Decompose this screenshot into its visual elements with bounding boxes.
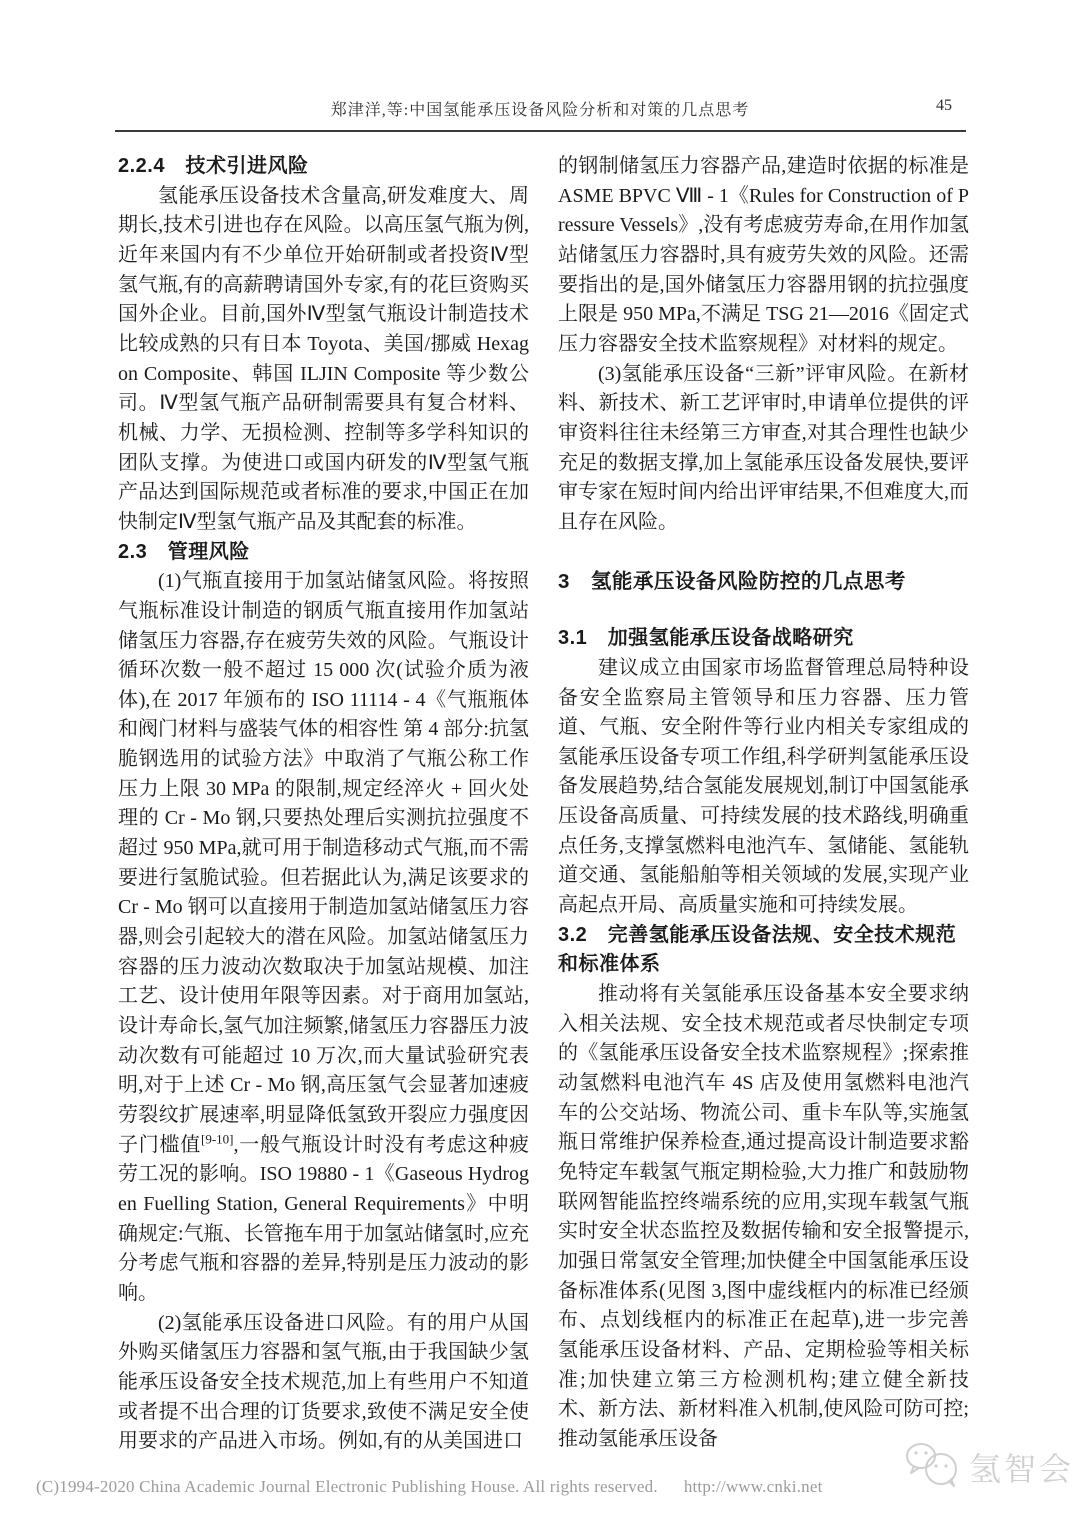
section-heading-2-2-4: 2.2.4 技术引进风险 (118, 152, 529, 182)
watermark-label: 氢智会 (969, 1444, 1074, 1490)
header-rule (115, 130, 966, 132)
body-paragraph: 建议成立由国家市场监督管理总局特种设备安全监察局主管领导和压力容器、压力管道、气… (558, 654, 969, 921)
journal-page: 郑津洋,等:中国氢能承压设备风险分析和对策的几点思考 45 2.2.4 技术引进… (0, 0, 1080, 1527)
section-heading-3: 3 氢能承压设备风险防控的几点思考 (558, 567, 969, 597)
cnki-url-text: http://www.cnki.net (684, 1477, 823, 1496)
running-head-title: 郑津洋,等:中国氢能承压设备风险分析和对策的几点思考 (115, 97, 965, 120)
watermark-logo: 氢智会 (903, 1441, 1074, 1492)
body-paragraph: 氢能承压设备技术含量高,研发难度大、周期长,技术引进也存在风险。以高压氢气瓶为例… (118, 182, 529, 538)
page-number: 45 (936, 97, 952, 115)
body-paragraph: (2)氢能承压设备进口风险。有的用户从国外购买储氢压力容器和氢气瓶,由于我国缺少… (118, 1309, 529, 1457)
body-paragraph: (3)氢能承压设备“三新”评审风险。在新材料、新技术、新工艺评审时,申请单位提供… (558, 360, 969, 538)
section-heading-3-1: 3.1 加强氢能承压设备战略研究 (558, 624, 969, 654)
chat-bubbles-logo-icon (903, 1441, 961, 1492)
citation-superscript: [9-10] (201, 1131, 234, 1146)
footer-copyright-line: (C)1994-2020 China Academic Journal Elec… (36, 1477, 823, 1497)
body-paragraph-continuation: 的钢制储氢压力容器产品,建造时依据的标准是 ASME BPVC Ⅷ - 1《Ru… (558, 152, 969, 360)
section-heading-3-2: 3.2 完善氢能承压设备法规、安全技术规范和标准体系 (558, 921, 969, 980)
paragraph-text: ,一般气瓶设计时没有考虑这种疲劳工况的影响。ISO 19880 - 1《Gase… (118, 1134, 529, 1304)
body-paragraph: (1)气瓶直接用于加氢站储氢风险。将按照气瓶标准设计制造的钢质气瓶直接用作加氢站… (118, 567, 529, 1308)
section-heading-2-3: 2.3 管理风险 (118, 538, 529, 568)
body-paragraph: 推动将有关氢能承压设备基本安全要求纳入相关法规、安全技术规范或者尽快制定专项的《… (558, 980, 969, 1455)
left-column: 2.2.4 技术引进风险 氢能承压设备技术含量高,研发难度大、周期长,技术引进也… (118, 152, 529, 1457)
paragraph-text: (1)气瓶直接用于加氢站储氢风险。将按照气瓶标准设计制造的钢质气瓶直接用作加氢站… (118, 570, 529, 1155)
right-column: 的钢制储氢压力容器产品,建造时依据的标准是 ASME BPVC Ⅷ - 1《Ru… (558, 152, 969, 1455)
copyright-text: (C)1994-2020 China Academic Journal Elec… (36, 1477, 658, 1496)
